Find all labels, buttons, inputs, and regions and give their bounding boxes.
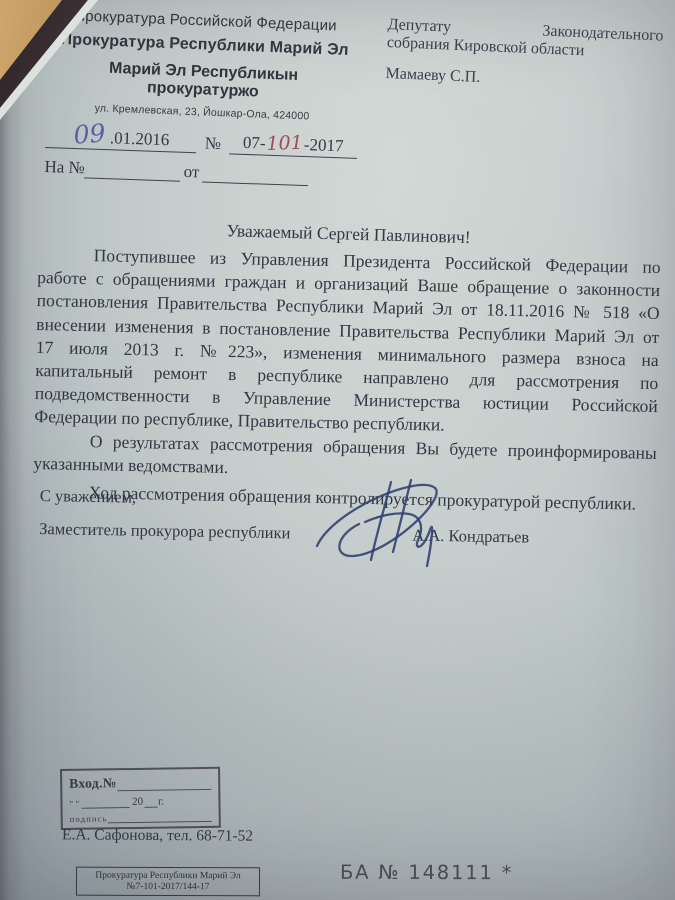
letterhead-org-republic: Прокуратура Республики Марий Эл: [36, 30, 372, 61]
outgoing-date-row: 09.01.2016 № 07-101-2017: [45, 124, 358, 159]
ot-label: от: [183, 162, 199, 183]
na-no-blank: [84, 177, 180, 181]
scanned-letter-photo: Прокуратура Российской Федерации Прокура…: [0, 0, 675, 900]
date-quote-marks: " ": [69, 799, 79, 809]
registration-org: Прокуратура Республики Марий Эл: [81, 871, 255, 883]
number-suffix: -2017: [304, 135, 344, 155]
handwritten-day: 09: [73, 124, 106, 144]
signature-ink-strokes: [303, 466, 481, 586]
date-blank: [81, 807, 129, 809]
podpis-blank: [108, 821, 212, 823]
registration-number: №7-101-2017/144-17: [81, 882, 255, 894]
outgoing-number-field: 07-101-2017: [229, 130, 358, 158]
printed-date: .01.2016: [110, 128, 170, 149]
letterhead: Прокуратура Российской Федерации Прокура…: [34, 6, 374, 125]
addressee-block: Депутату Законодательного собрания Киров…: [385, 16, 664, 94]
incoming-number-label: Вход.№: [69, 775, 117, 792]
incoming-stamp-date-line: " " 20 г.: [69, 795, 211, 809]
na-no-label: На №: [44, 157, 85, 178]
reference-block: 09.01.2016 № 07-101-2017 На № от: [44, 124, 358, 188]
handwritten-signature: [303, 466, 481, 586]
incoming-stamp-signature-line: подпись: [70, 812, 212, 824]
number-sign: №: [204, 134, 221, 155]
number-prefix: 07-: [243, 133, 266, 153]
year-blank: [144, 807, 157, 808]
registration-stamp-box: Прокуратура Республики Марий Эл №7-101-2…: [76, 867, 260, 897]
podpis-label: подпись: [70, 813, 108, 824]
executor-contact: Е.А. Сафонова, тел. 68-71-52: [62, 826, 253, 845]
form-series-number: БА № 148111 *: [340, 861, 513, 885]
year-prefix: 20: [132, 796, 143, 808]
year-suffix: г.: [158, 796, 164, 808]
incoming-stamp: Вход.№ " " 20 г. подпись: [60, 767, 221, 830]
incoming-reference-row: На № от: [44, 157, 357, 188]
signer-position: Заместитель прокурора республики: [39, 519, 290, 543]
addressee-name: Мамаеву С.П.: [385, 65, 662, 95]
ot-blank: [202, 181, 308, 186]
incoming-stamp-number-line: Вход.№: [69, 774, 211, 792]
date-field: 09.01.2016: [45, 124, 197, 153]
incoming-number-blank: [117, 789, 211, 791]
handwritten-number: 101: [266, 132, 303, 155]
